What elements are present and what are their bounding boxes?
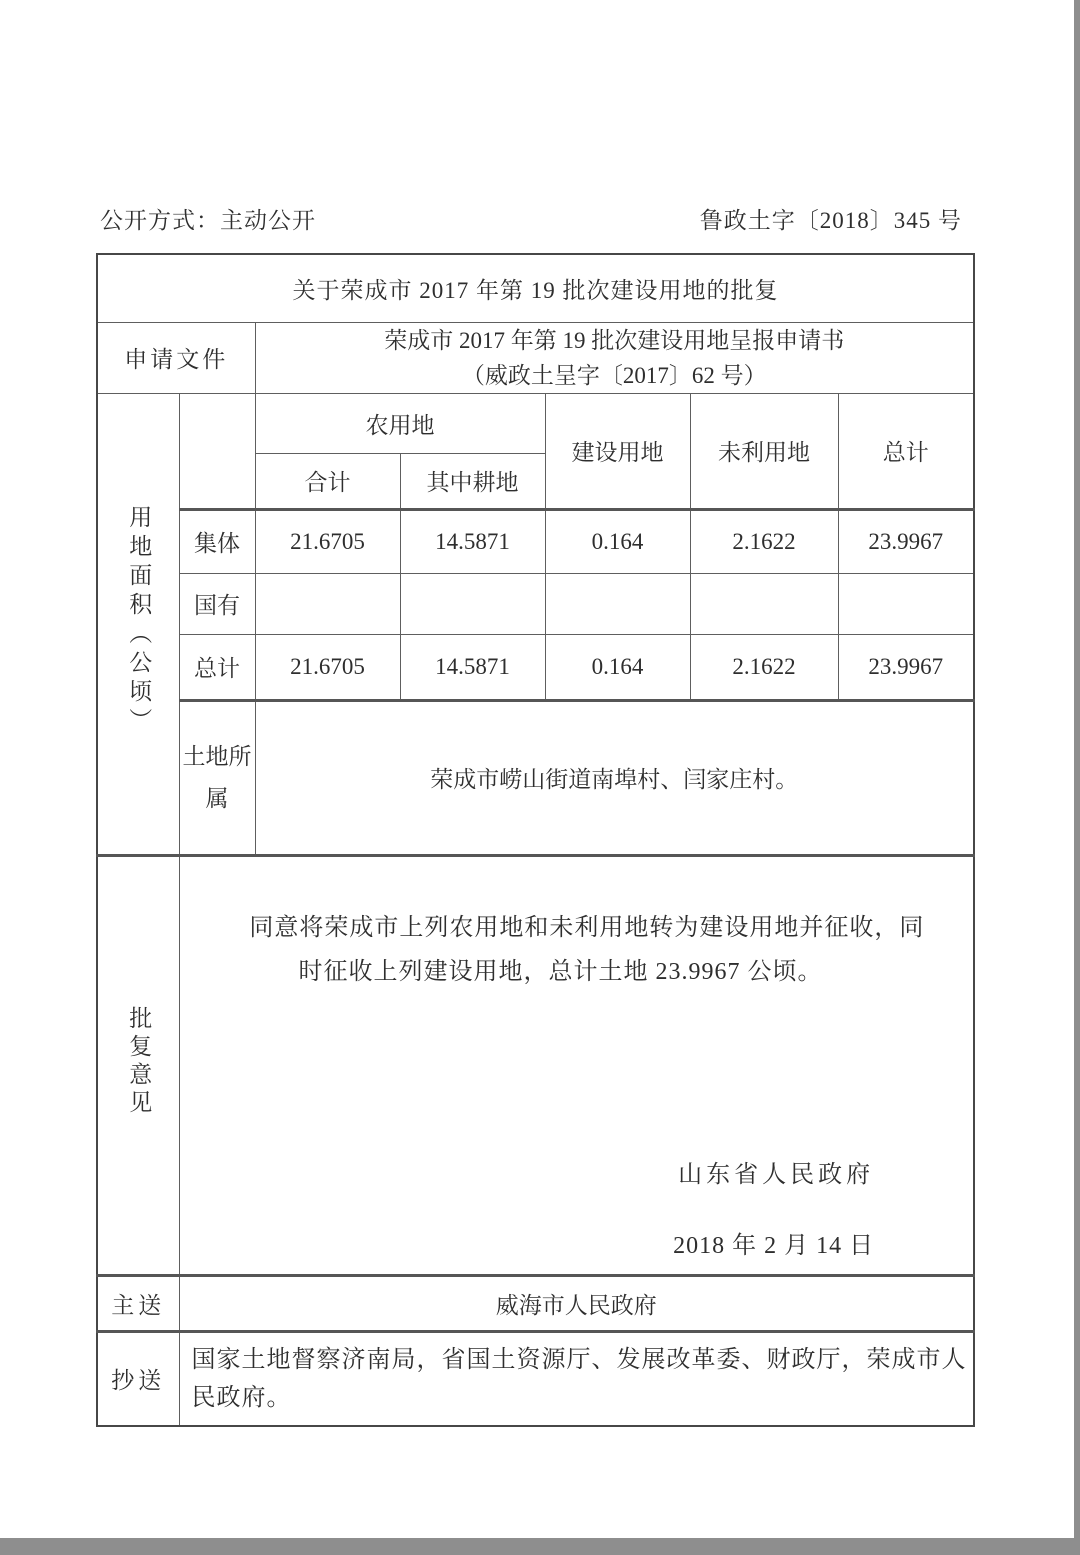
header-subtotal: 合计 xyxy=(255,453,400,509)
table-cell: 0.164 xyxy=(545,509,690,573)
table-cell: 23.9967 xyxy=(838,509,974,573)
approval-date: 2018 年 2 月 14 日 xyxy=(190,1225,960,1260)
table-cell: 0.164 xyxy=(545,634,690,700)
land-area-label-cell: 用地面积（公顷） xyxy=(97,393,179,855)
table-cell: 21.6705 xyxy=(255,634,400,700)
header-unused-land: 未利用地 xyxy=(690,393,838,509)
table-row-land-belong: 土地所属 荣成市崂山街道南埠村、闫家庄村。 xyxy=(97,700,974,855)
table-cell: 14.5871 xyxy=(400,634,545,700)
approval-signer: 山东省人民政府 xyxy=(190,1154,960,1189)
table-cell: 21.6705 xyxy=(255,509,400,573)
table-cell: 14.5871 xyxy=(400,509,545,573)
table-cell: 2.1622 xyxy=(690,509,838,573)
copy-send-content-cell: 国家土地督察济南局，省国土资源厅、发展改革委、财政厅，荣成市人民政府。 xyxy=(179,1331,974,1426)
table-row-main-send: 主送 威海市人民政府 xyxy=(97,1275,974,1331)
application-file-content: 荣成市 2017 年第 19 批次建设用地呈报申请书 （威政土呈字〔2017〕6… xyxy=(255,322,974,393)
copy-send-label: 抄送 xyxy=(97,1331,179,1426)
document-number: 鲁政土字〔2018〕345 号 xyxy=(700,202,962,235)
table-row-total: 总计 21.6705 14.5871 0.164 2.1622 23.9967 xyxy=(97,634,974,700)
table-row-collective: 集体 21.6705 14.5871 0.164 2.1622 23.9967 xyxy=(97,509,974,573)
main-send-content: 威海市人民政府 xyxy=(179,1275,974,1331)
table-row-approval-opinion: 批复意见 同意将荣成市上列农用地和未利用地转为建设用地并征收，同时征收上列建设用… xyxy=(97,855,974,1275)
approval-table: 关于荣成市 2017 年第 19 批次建设用地的批复 申请文件 荣成市 2017… xyxy=(96,253,975,1427)
table-cell xyxy=(400,573,545,634)
approval-opinion-content: 同意将荣成市上列农用地和未利用地转为建设用地并征收，同时征收上列建设用地，总计土… xyxy=(179,855,974,1275)
header-total: 总计 xyxy=(838,393,974,509)
copy-send-content: 国家土地督察济南局，省国土资源厅、发展改革委、财政厅，荣成市人民政府。 xyxy=(180,1333,974,1425)
document-header: 公开方式：主动公开 鲁政土字〔2018〕345 号 xyxy=(0,202,1074,232)
table-cell: 2.1622 xyxy=(690,634,838,700)
disclosure-method: 公开方式：主动公开 xyxy=(100,202,316,235)
table-row-copy-send: 抄送 国家土地督察济南局，省国土资源厅、发展改革委、财政厅，荣成市人民政府。 xyxy=(97,1331,974,1426)
approval-opinion-vertical-label: 批复意见 xyxy=(125,1006,151,1118)
approval-opinion-paragraph: 同意将荣成市上列农用地和未利用地转为建设用地并征收，同时征收上列建设用地，总计土… xyxy=(190,906,932,994)
row-label-total: 总计 xyxy=(179,634,255,700)
land-belong-label: 土地所属 xyxy=(179,700,255,855)
application-file-line2: （威政土呈字〔2017〕62 号） xyxy=(256,358,974,393)
main-send-label: 主送 xyxy=(97,1275,179,1331)
table-cell xyxy=(690,573,838,634)
application-file-line1: 荣成市 2017 年第 19 批次建设用地呈报申请书 xyxy=(256,323,974,358)
header-agricultural-land: 农用地 xyxy=(255,393,545,453)
land-area-vertical-label: 用地面积（公顷） xyxy=(125,505,151,737)
table-cell xyxy=(545,573,690,634)
row-label-collective: 集体 xyxy=(179,509,255,573)
land-belong-content: 荣成市崂山街道南埠村、闫家庄村。 xyxy=(255,700,974,855)
viewer-background: { "page": { "disclosure": "公开方式：主动公开", "… xyxy=(0,0,1080,1555)
table-row-state-owned: 国有 xyxy=(97,573,974,634)
table-cell xyxy=(255,573,400,634)
header-cultivated-land: 其中耕地 xyxy=(400,453,545,509)
land-area-empty-corner xyxy=(179,393,255,509)
application-file-label: 申请文件 xyxy=(97,322,255,393)
document-title: 关于荣成市 2017 年第 19 批次建设用地的批复 xyxy=(97,254,974,322)
table-cell xyxy=(838,573,974,634)
row-label-state-owned: 国有 xyxy=(179,573,255,634)
table-cell: 23.9967 xyxy=(838,634,974,700)
approval-opinion-label-cell: 批复意见 xyxy=(97,855,179,1275)
document-page: 公开方式：主动公开 鲁政土字〔2018〕345 号 关于荣成市 2017 年第 … xyxy=(0,0,1074,1538)
header-construction-land: 建设用地 xyxy=(545,393,690,509)
